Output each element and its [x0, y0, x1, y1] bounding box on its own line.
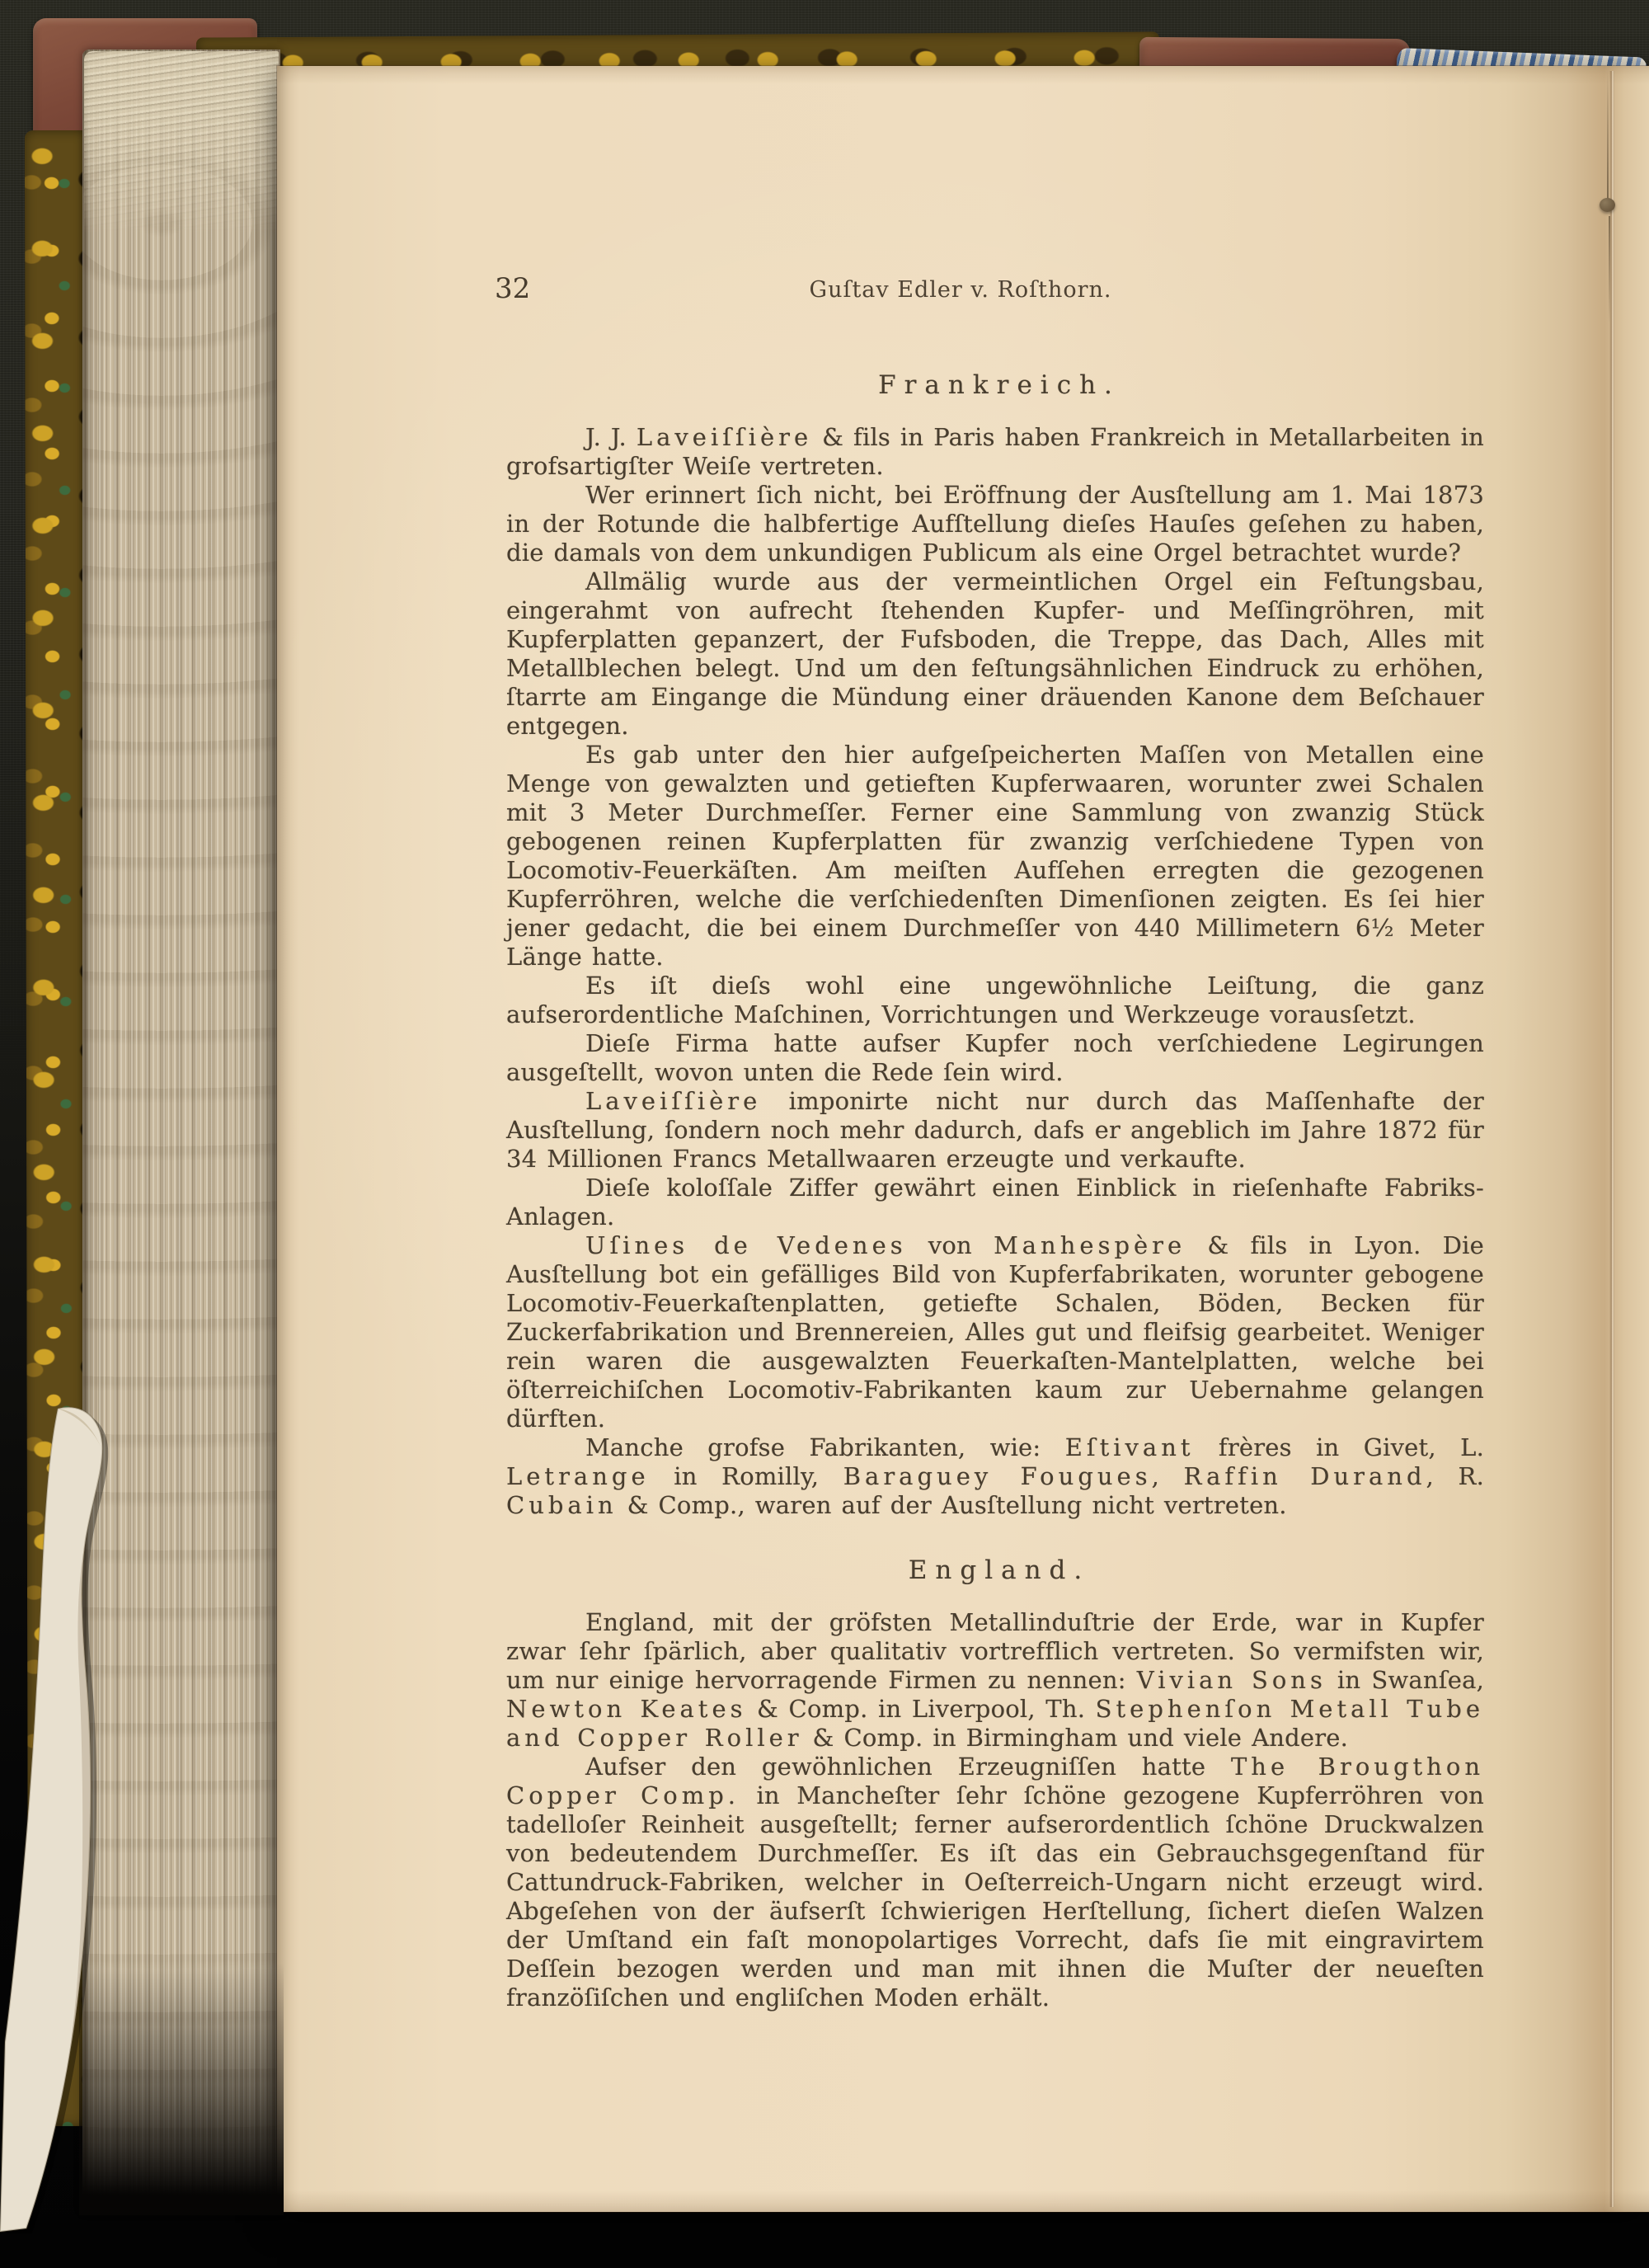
scanned-photo: 32 Guſtav Edler v. Roſthorn. Frankreich.… [0, 0, 1649, 2268]
paragraph: Wer erinnert ſich nicht, bei Eröffnung d… [506, 481, 1484, 567]
text-run: in Swanſea, [1327, 1666, 1484, 1694]
text-run: , R. [1426, 1462, 1484, 1490]
paper-bookmark-slip [0, 1395, 198, 2233]
paragraph: Dieſe Firma hatte aufser Kupfer noch ver… [506, 1029, 1484, 1087]
text-run: in Romilly, [650, 1462, 843, 1490]
section-heading: Frankreich. [506, 371, 1484, 400]
letterspaced-name: Letrange [506, 1462, 650, 1490]
paragraph: Es iſt dieſs wohl eine ungewöhnliche Lei… [506, 972, 1484, 1029]
binding-thread-lower [1609, 216, 1610, 323]
letterspaced-name: Uſines de Vedenes [585, 1231, 907, 1259]
text-run: & fils in Lyon. Die Ausſtellung bot ein … [506, 1231, 1484, 1433]
paragraph: J. J. Laveiſſière & fils in Paris haben … [506, 423, 1484, 481]
text-body: Frankreich.J. J. Laveiſſière & fils in P… [506, 371, 1484, 2012]
paragraph: England, mit der gröfsten Metallinduſtri… [506, 1608, 1484, 1753]
letterspaced-name: Eſtivant [1065, 1433, 1195, 1461]
text-run: von [907, 1231, 994, 1259]
text-run: Dieſe koloſſale Ziffer gewährt einen Ein… [506, 1174, 1484, 1230]
letterspaced-name: Newton Keates [506, 1695, 747, 1723]
letterspaced-name: Cubain [506, 1491, 618, 1519]
text-run: in Mancheſter ſehr ſchöne gezogene Kupfe… [506, 1781, 1484, 2012]
letterspaced-name: Raffin Durand [1184, 1462, 1426, 1490]
text-run: & Comp., waren auf der Ausſtellung nicht… [618, 1491, 1287, 1519]
text-run: Dieſe Firma hatte aufser Kupfer noch ver… [506, 1029, 1484, 1086]
paragraph: Es gab unter den hier aufgeſpeicherten M… [506, 741, 1484, 972]
letterspaced-name: Laveiſſière [585, 1087, 761, 1115]
letterspaced-name: Vivian Sons [1137, 1666, 1327, 1694]
text-run: & Comp. in Birmingham und viele Andere. [803, 1724, 1348, 1752]
running-header: Guſtav Edler v. Roſthorn. [472, 275, 1449, 305]
gutter-crease [1609, 71, 1614, 2207]
text-run: Manche grofse Fabrikanten, wie: [585, 1433, 1065, 1461]
page-header: 32 Guſtav Edler v. Roſthorn. [506, 272, 1484, 308]
section-heading: England. [506, 1556, 1484, 1585]
text-run: Allmälig wurde aus der vermeintlichen Or… [506, 567, 1484, 740]
paragraph: Manche grofse Fabrikanten, wie: Eſtivant… [506, 1433, 1484, 1520]
letterspaced-name: Laveiſſière [637, 423, 812, 451]
paragraph: Uſines de Vedenes von Manhespère & fils … [506, 1231, 1484, 1433]
letterspaced-name: Baraguey Fougues [843, 1462, 1152, 1490]
binding-thread [1607, 69, 1609, 200]
paper-slip-graphic [0, 1395, 198, 2233]
text-run: Es gab unter den hier aufgeſpeicherten M… [506, 741, 1484, 971]
paragraph: Aufser den gewöhnlichen Erzeugniſſen hat… [506, 1753, 1484, 2012]
text-run: Es iſt dieſs wohl eine ungewöhnliche Lei… [506, 972, 1484, 1028]
letterspaced-name: Manhespère [994, 1231, 1186, 1259]
binding-thread-knot [1600, 198, 1615, 212]
text-run: , [1152, 1462, 1184, 1490]
text-run: frères in Givet, L. [1195, 1433, 1484, 1461]
book-page: 32 Guſtav Edler v. Roſthorn. Frankreich.… [277, 66, 1649, 2212]
paragraph: Allmälig wurde aus der vermeintlichen Or… [506, 567, 1484, 741]
text-run: & Comp. in Liverpool, Th. [747, 1695, 1096, 1723]
paragraph: Laveiſſière imponirte nicht nur durch da… [506, 1087, 1484, 1174]
page-stack-top-corner [84, 51, 279, 233]
text-run: J. J. [585, 423, 637, 451]
text-run: Wer erinnert ſich nicht, bei Eröffnung d… [506, 481, 1484, 567]
text-run: Aufser den gewöhnlichen Erzeugniſſen hat… [585, 1753, 1231, 1781]
paragraph: Dieſe koloſſale Ziffer gewährt einen Ein… [506, 1174, 1484, 1231]
